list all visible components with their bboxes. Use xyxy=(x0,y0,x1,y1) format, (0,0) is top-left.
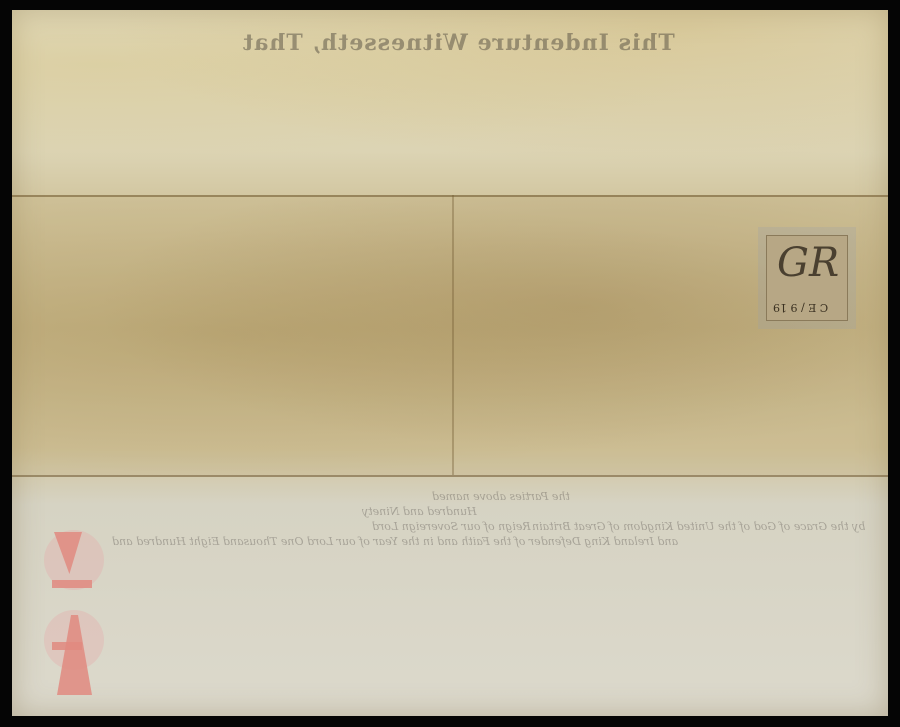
text-fragment: by the Grace of God of the United Kingdo… xyxy=(532,520,865,533)
text-fragment: and Ireland King Defender of the Faith a… xyxy=(112,535,678,548)
fold-line-lower xyxy=(12,475,888,477)
stained-fold-band xyxy=(12,195,888,475)
document-sheet: This Indenture Witnesseth, That the Part… xyxy=(12,10,888,716)
stamp-code: C E / 9 19 xyxy=(773,301,828,314)
fold-line-vertical xyxy=(452,195,454,475)
text-fragment: Reign of our Sovereign Lord xyxy=(372,520,531,533)
mirrored-heading: This Indenture Witnesseth, That xyxy=(242,30,675,56)
stamp-monogram: GR xyxy=(777,240,839,286)
red-seal-icon xyxy=(52,580,92,588)
red-seal-icon xyxy=(52,642,82,650)
tax-stamp: GR C E / 9 19 xyxy=(766,235,848,321)
fold-line-upper xyxy=(12,195,888,197)
text-fragment: the Parties above named xyxy=(432,490,570,503)
text-fragment: Hundred and Ninety xyxy=(362,505,477,518)
